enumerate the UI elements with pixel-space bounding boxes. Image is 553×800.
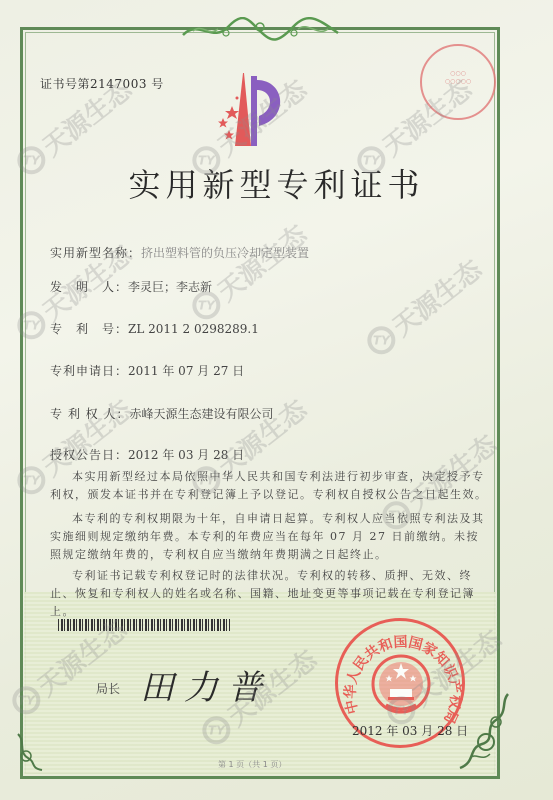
field-grant-date: 授权公告日：2012 年 03 月 28 日 [50, 446, 244, 463]
field-label: 专 利 权 人： [50, 407, 129, 421]
field-label: 授权公告日： [50, 448, 128, 462]
certificate-number: 证书号第2147003 号 [40, 75, 164, 92]
certificate-number-value: 2147003 [90, 77, 147, 91]
field-patent-number: 专 利 号：ZL 2011 2 0298289.1 [50, 320, 259, 337]
certificate-number-suffix: 号 [151, 77, 164, 91]
paragraph-legal-status: 专利证书记载专利权登记时的法律状况。专利权的转移、质押、无效、终止、恢复和专利权… [50, 567, 490, 621]
patent-office-logo-icon [215, 68, 310, 148]
field-value: ZL 2011 2 0298289.1 [128, 322, 259, 336]
field-value: 挤出塑料管的负压冷却定型装置 [141, 246, 309, 260]
paragraph-grant-statement: 本实用新型经过本局依照中华人民共和国专利法进行初步审查，决定授予专利权，颁发本证… [50, 468, 490, 504]
paragraph-term-statement: 本专利的专利权期限为十年，自申请日起算。专利权人应当依照专利法及其实施细则规定缴… [50, 510, 490, 564]
field-value: 李灵巨；李志新 [128, 280, 212, 294]
field-application-date: 专利申请日：2011 年 07 月 27 日 [50, 362, 244, 379]
field-label: 专 利 号： [50, 322, 128, 336]
top-ornament-icon [178, 17, 343, 43]
patent-agency-stamp-icon: ○○○○○○○○ [420, 44, 496, 120]
field-value: 2011 年 07 月 27 日 [128, 364, 244, 378]
seal-date: 2012 年 03 月 28 日 [352, 722, 468, 739]
corner-ornament-icon [456, 692, 511, 772]
field-utility-model-name: 实用新型名称：挤出塑料管的负压冷却定型装置 [50, 244, 309, 261]
field-label: 实用新型名称： [50, 246, 141, 260]
page-indicator: 第 1 页（共 1 页） [218, 759, 286, 770]
national-emblem-icon [370, 653, 432, 715]
field-inventors: 发 明 人：李灵巨；李志新 [50, 278, 212, 295]
director-label: 局长 [96, 680, 120, 697]
field-value: 赤峰天源生态建设有限公司 [129, 407, 273, 421]
field-label: 专利申请日： [50, 364, 128, 378]
field-value: 2012 年 03 月 28 日 [128, 448, 244, 462]
certificate-number-label: 证书号第 [40, 77, 90, 91]
field-label: 发 明 人： [50, 280, 128, 294]
director-signature: 田力普 [140, 660, 272, 709]
field-patentee: 专 利 权 人：赤峰天源生态建设有限公司 [50, 405, 273, 422]
certificate-title: 实用新型专利证书 [0, 160, 553, 206]
corner-ornament-left-icon [14, 732, 44, 772]
barcode [58, 619, 230, 631]
